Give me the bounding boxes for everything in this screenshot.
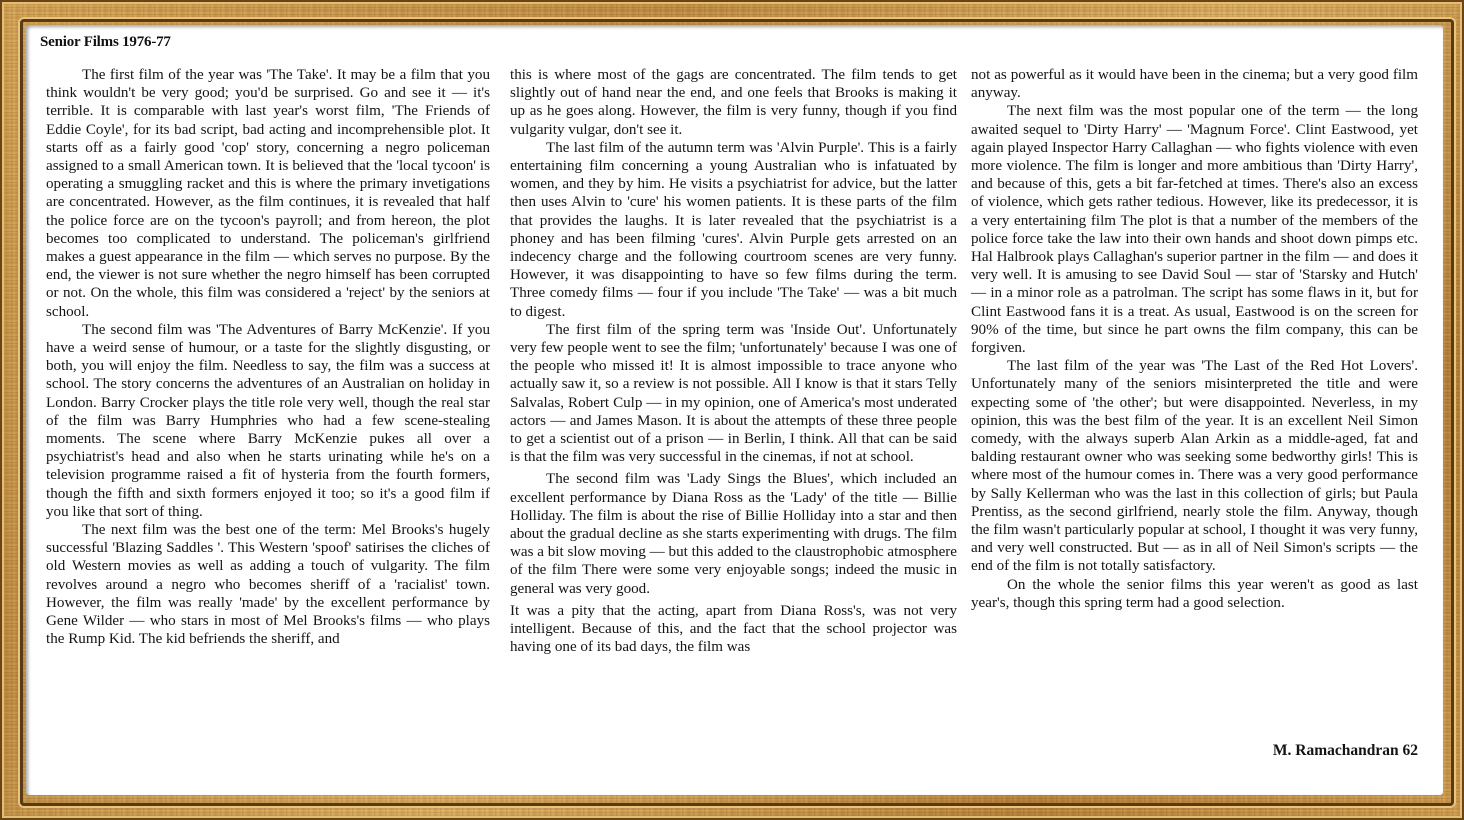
paragraph-barry-mckenzie: The second film was 'The Adventures of B… [46,321,490,521]
paragraph-the-take: The first film of the year was 'The Take… [46,66,490,321]
article-title: Senior Films 1976-77 [40,34,171,51]
paragraph-lady-sings-the-blues-acting: It was a pity that the acting, apart fro… [510,602,957,657]
article-column-3: not as powerful as it would have been in… [971,66,1418,612]
article-column-2: this is where most of the gags are conce… [510,66,957,657]
paragraph-conclusion: On the whole the senior films this year … [971,576,1418,612]
paragraph-blazing-saddles-cont: this is where most of the gags are conce… [510,66,957,139]
paragraph-red-hot-lovers: The last film of the year was 'The Last … [971,357,1418,575]
paragraph-magnum-force: The next film was the most popular one o… [971,102,1418,357]
paragraph-inside-out: The first film of the spring term was 'I… [510,321,957,467]
paragraph-blazing-saddles: The next film was the best one of the te… [46,521,490,648]
article-column-1: The first film of the year was 'The Take… [46,66,490,649]
paragraph-alvin-purple: The last film of the autumn term was 'Al… [510,139,957,321]
paragraph-lady-sings-the-blues: The second film was 'Lady Sings the Blue… [510,470,957,597]
paragraph-lady-sings-the-blues-cont: not as powerful as it would have been in… [971,66,1418,102]
author-signature: M. Ramachandran 62 [1273,742,1418,760]
